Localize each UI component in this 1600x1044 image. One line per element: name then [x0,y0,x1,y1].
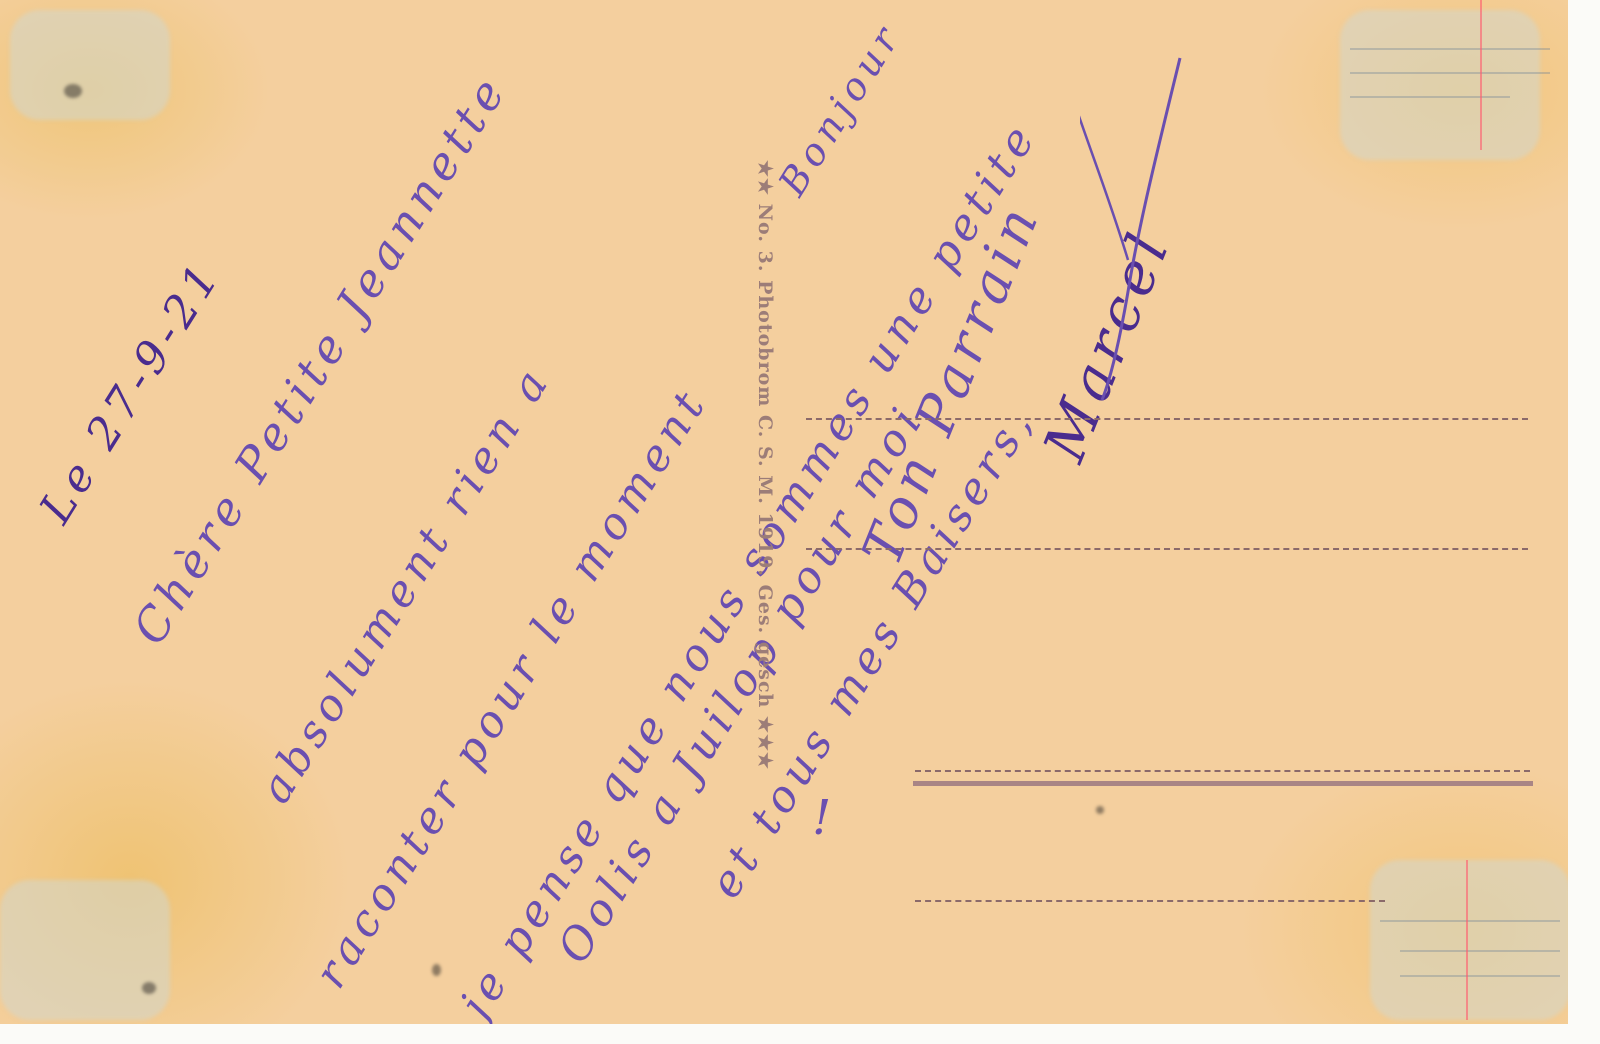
tape-ruling [1400,950,1560,952]
tape-remnant-top-left [10,10,170,120]
address-line-2 [806,548,1528,550]
address-line-4 [915,900,1385,902]
tape-ruling [1350,96,1510,98]
signature-flourish [1080,50,1210,410]
tape-ruling [1350,72,1550,74]
tape-ruling [1350,48,1550,50]
tape-remnant-bottom-right [1370,860,1568,1020]
message-line-6: Bonjour [770,15,910,203]
address-line-3 [915,770,1530,772]
ink-stain [142,982,156,994]
message-date: Le 27-9-21 [30,251,232,532]
ink-spot [432,964,441,976]
address-line-3-underline [913,781,1533,786]
message-exclamation: ! [812,790,837,846]
tape-ruling [1380,920,1560,922]
ink-stain [64,84,82,98]
tape-remnant-top-right [1340,10,1540,160]
address-line-1 [806,418,1528,420]
postcard-back: Le 27-9-21 Chère Petite Jeannette absolu… [0,0,1568,1024]
tape-red-margin [1466,860,1468,1020]
tape-ruling [1400,975,1560,977]
tape-remnant-bottom-left [0,880,170,1020]
printed-imprint: ★★ No. 3. Photobrom C. S. M. 1919. Ges. … [754,160,776,770]
tape-red-margin [1480,0,1482,150]
ink-spot [1096,806,1104,814]
